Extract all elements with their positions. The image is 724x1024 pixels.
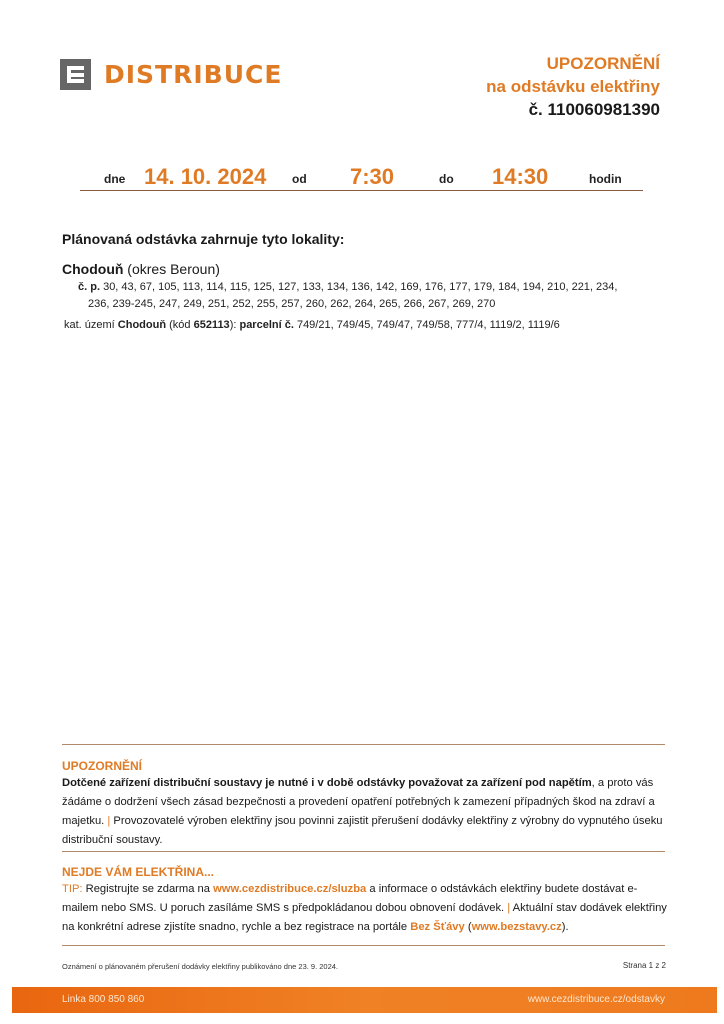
footer-bar: Linka 800 850 860 www.cezdistribuce.cz/o… — [12, 987, 717, 1013]
page-number: Strana 1 z 2 — [623, 961, 666, 970]
cez-e-logo-icon — [60, 59, 91, 90]
cp-label: č. p. — [78, 281, 100, 293]
bezstavy-link[interactable]: www.bezstavy.cz — [472, 921, 562, 933]
notice-header: UPOZORNĚNÍ na odstávku elektřiny č. 1100… — [486, 52, 660, 121]
notice-title: UPOZORNĚNÍ — [486, 52, 660, 75]
notice-subtitle: na odstávku elektřiny — [486, 75, 660, 98]
outage-date: 14. 10. 2024 — [144, 164, 266, 190]
logo-text: DISTRIBUCE — [104, 60, 282, 89]
parcel-list: 749/21, 749/45, 749/47, 749/58, 777/4, 1… — [294, 319, 560, 331]
tip-heading: NEJDE VÁM ELEKTŘINA... — [62, 865, 214, 879]
hotline: Linka 800 850 860 — [62, 994, 144, 1005]
notice-number: č. 110060981390 — [486, 98, 660, 121]
divider — [62, 851, 665, 852]
warning-heading: UPOZORNĚNÍ — [62, 759, 142, 773]
warning-text: Dotčené zařízení distribuční soustavy je… — [62, 774, 668, 850]
tip-text: TIP: Registrujte se zdarma na www.cezdis… — [62, 880, 668, 937]
cadastral-parcels: kat. území Chodouň (kód 652113): parceln… — [64, 319, 560, 331]
from-label: od — [292, 172, 307, 186]
divider — [62, 945, 665, 946]
place-name: Chodouň — [62, 261, 123, 277]
company-logo: DISTRIBUCE — [60, 59, 282, 90]
to-label: do — [439, 172, 454, 186]
registration-link[interactable]: www.cezdistribuce.cz/sluzba — [213, 883, 366, 895]
house-numbers: č. p. 30, 43, 67, 105, 113, 114, 115, 12… — [78, 279, 668, 313]
to-time: 14:30 — [492, 164, 548, 190]
divider — [62, 744, 665, 745]
cadastral-code: 652113 — [194, 319, 230, 331]
hours-label: hodin — [589, 172, 622, 186]
from-time: 7:30 — [350, 164, 394, 190]
publication-note: Oznámení o plánovaném přerušení dodávky … — [62, 962, 338, 971]
outages-website-link[interactable]: www.cezdistribuce.cz/odstavky — [528, 994, 665, 1005]
date-label: dne — [104, 172, 125, 186]
place-heading: Chodouň (okres Beroun) — [62, 261, 220, 277]
place-district: (okres Beroun) — [123, 261, 219, 277]
outage-schedule: dne 14. 10. 2024 od 7:30 do 14:30 hodin — [80, 156, 643, 191]
portal-name: Bez Šťávy — [410, 921, 465, 933]
localities-intro: Plánovaná odstávka zahrnuje tyto lokalit… — [62, 231, 344, 247]
